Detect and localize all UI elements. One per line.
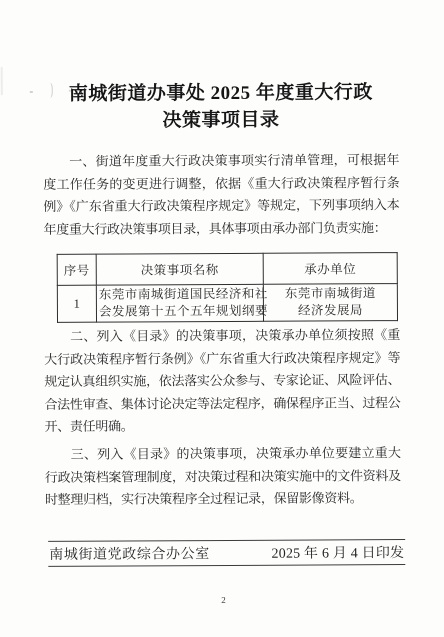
print-date: 2025 年 6 月 4 日印发 <box>271 542 404 563</box>
cell-item-name: 东莞市南城街道国民经济和社 会发展第十五个五年规划纲要 <box>96 284 263 322</box>
table-header-row: 序号 决策事项名称 承办单位 <box>57 253 397 286</box>
cell-unit: 东莞市南城街道 经济发展局 <box>263 284 397 322</box>
cell-number: 1 <box>57 285 96 322</box>
table-row: 1 东莞市南城街道国民经济和社 会发展第十五个五年规划纲要 东莞市南城街道 经济… <box>57 284 397 323</box>
unit-line-2: 经济发展局 <box>266 302 395 320</box>
document-page: 南城街道办事处 2025 年度重大行政 决策事项目录 一、街道年度重大行政决策事… <box>0 0 444 637</box>
document-title-line-1: 南城街道办事处 2025 年度重大行政 <box>43 79 399 108</box>
issuing-office: 南城街道党政综合办公室 <box>49 543 210 564</box>
document-title-line-2: 决策事项目录 <box>43 106 399 135</box>
decision-items-table: 序号 决策事项名称 承办单位 1 东莞市南城街道国民经济和社 会发展第十五个五年… <box>57 252 398 323</box>
document-title: 南城街道办事处 2025 年度重大行政 决策事项目录 <box>43 79 399 135</box>
header-cell-item-name: 决策事项名称 <box>96 253 263 285</box>
header-cell-unit: 承办单位 <box>263 253 397 285</box>
page-number: 2 <box>1 594 444 606</box>
item-name-line-2: 会发展第十五个五年规划纲要 <box>99 303 261 321</box>
unit-line-1: 东莞市南城街道 <box>266 285 395 303</box>
header-cell-number: 序号 <box>57 254 96 285</box>
scan-edge-artifact <box>1 67 3 95</box>
paragraph-2: 二、列入《目录》的决策事项，决策承办单位须按照《重大行政决策程序暂行条例》《广东… <box>44 324 401 439</box>
paragraph-3: 三、列入《目录》的决策事项，决策承办单位要建立重大行政决策档案管理制度，对决策过… <box>45 442 401 512</box>
scan-artifact-dot <box>30 91 33 93</box>
item-name-line-1: 东莞市南城街道国民经济和社 <box>99 285 261 303</box>
print-footer: 南城街道党政综合办公室 2025 年 6 月 4 日印发 <box>48 539 405 567</box>
paragraph-1: 一、街道年度重大行政决策事项实行清单管理，可根据年度工作任务的变更进行调整，依据… <box>43 149 399 241</box>
